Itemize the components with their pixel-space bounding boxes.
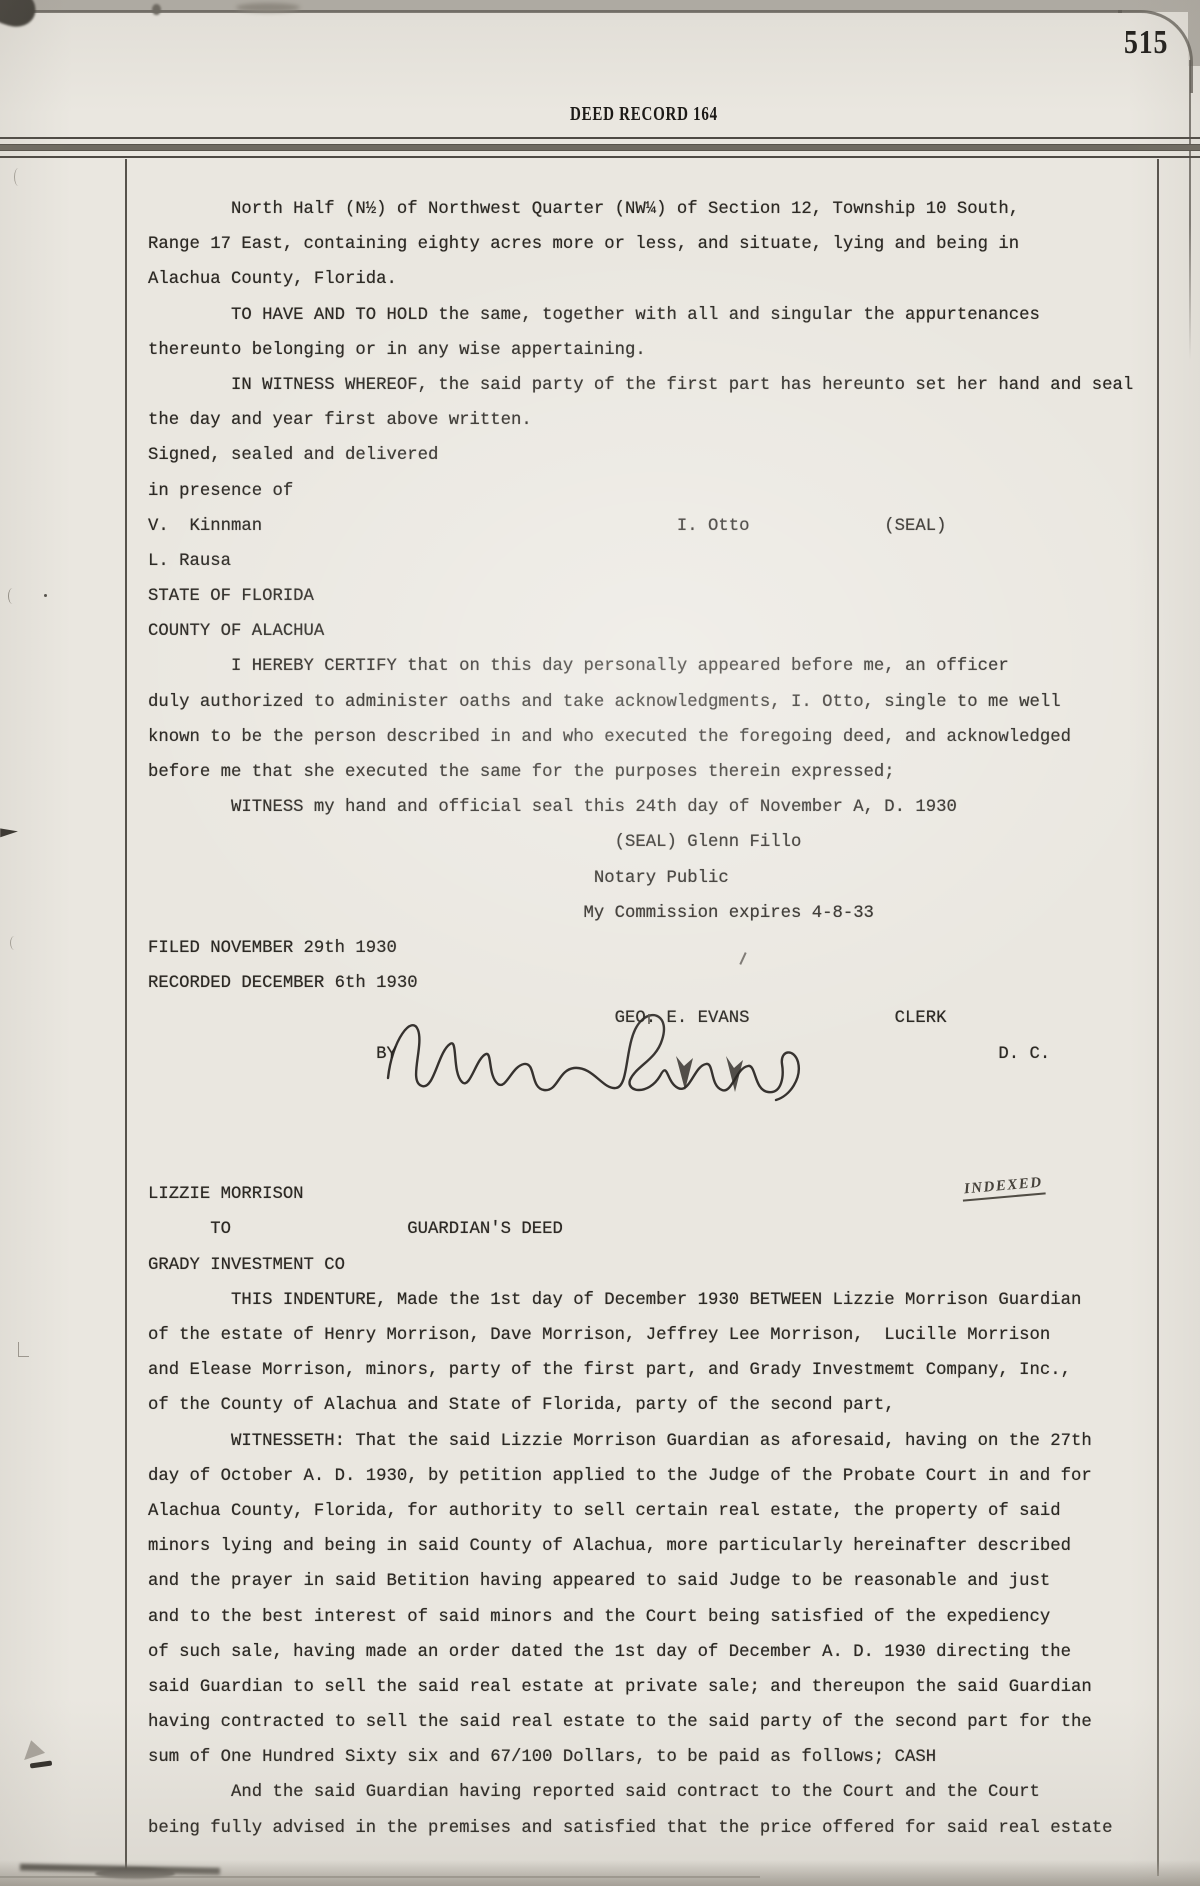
bottom-smudge <box>95 1868 175 1879</box>
deed-text-line: L. Rausa <box>148 544 1188 579</box>
deed-text-line: day of October A. D. 1930, by petition a… <box>148 1459 1188 1494</box>
deed-text-line: V. Kinnman I. Otto (SEAL) <box>148 509 1188 544</box>
deed-text-line: WITNESS my hand and official seal this 2… <box>148 790 1188 825</box>
deed-text-line: THIS INDENTURE, Made the 1st day of Dece… <box>148 1283 1188 1318</box>
deed-text-line: FILED NOVEMBER 29th 1930 <box>148 931 1188 966</box>
deed-text-line: having contracted to sell the said real … <box>148 1705 1188 1740</box>
deed-text-line: (SEAL) Glenn Fillo <box>148 825 1188 860</box>
deed-text-line: said Guardian to sell the said real esta… <box>148 1670 1188 1705</box>
deed-text-line: COUNTY OF ALACHUA <box>148 614 1188 649</box>
deed-text-line: before me that she executed the same for… <box>148 755 1188 790</box>
deed-text-line: STATE OF FLORIDA <box>148 579 1188 614</box>
deed-text-line: the day and year first above written. <box>148 403 1188 438</box>
book-title: DEED RECORD 164 <box>570 103 718 126</box>
header-rule-top <box>0 137 1200 139</box>
deed-text-line: of the estate of Henry Morrison, Dave Mo… <box>148 1318 1188 1353</box>
deed-text-line: And the said Guardian having reported sa… <box>148 1775 1188 1810</box>
deed-text-line: TO HAVE AND TO HOLD the same, together w… <box>148 298 1188 333</box>
deed-text-line <box>148 1142 1188 1177</box>
deed-text-line: in presence of <box>148 474 1188 509</box>
deed-text-line: IN WITNESS WHEREOF, the said party of th… <box>148 368 1188 403</box>
deed-text-line: TO GUARDIAN'S DEED <box>148 1212 1188 1247</box>
deed-text-line: Notary Public <box>148 861 1188 896</box>
deed-text-line: of the County of Alachua and State of Fl… <box>148 1388 1188 1423</box>
page-top-edge <box>30 10 1122 13</box>
deed-text-line: Signed, sealed and delivered <box>148 438 1188 473</box>
deed-text-line: duly authorized to administer oaths and … <box>148 685 1188 720</box>
margin-tick-mark <box>44 594 47 597</box>
deed-text-line: Alachua County, Florida. <box>148 262 1188 297</box>
deed-text-line: being fully advised in the premises and … <box>148 1811 1188 1846</box>
margin-corner-mark <box>18 1342 29 1357</box>
deed-text-line: minors lying and being in said County of… <box>148 1529 1188 1564</box>
page-right-edge <box>1189 60 1191 360</box>
header-rule-bottom <box>0 156 1200 158</box>
margin-arrow-mark <box>0 826 18 838</box>
deed-text-line: GRADY INVESTMENT CO <box>148 1248 1188 1283</box>
deed-text-line: North Half (N½) of Northwest Quarter (NW… <box>148 192 1188 227</box>
deed-text-line: and Elease Morrison, minors, party of th… <box>148 1353 1188 1388</box>
page-number: 515 <box>1124 24 1168 62</box>
deed-text-line: RECORDED DECEMBER 6th 1930 <box>148 966 1188 1001</box>
deed-text-line: sum of One Hundred Sixty six and 67/100 … <box>148 1740 1188 1775</box>
header-rule-band <box>0 144 1200 151</box>
pencil-mark <box>20 1738 45 1760</box>
left-margin-rule <box>125 159 127 1876</box>
deed-text-line <box>148 1107 1188 1142</box>
stray-tick-mark <box>648 1014 650 1024</box>
corner-smudge <box>0 0 41 32</box>
clerk-signature-icon <box>378 1000 818 1110</box>
deed-text-line: of such sale, having made an order dated… <box>148 1635 1188 1670</box>
pencil-mark <box>30 1760 52 1768</box>
deed-text-line: My Commission expires 4-8-33 <box>148 896 1188 931</box>
deed-text-line: and to the best interest of said minors … <box>148 1600 1188 1635</box>
deed-text-line: known to be the person described in and … <box>148 720 1188 755</box>
margin-paren-mark <box>10 936 19 950</box>
deed-text-line: Alachua County, Florida, for authority t… <box>148 1494 1188 1529</box>
margin-paren-mark <box>8 588 17 604</box>
deed-text-line: I HEREBY CERTIFY that on this day person… <box>148 649 1188 684</box>
deed-record-page: 515 DEED RECORD 164 North Half (N½) of N… <box>0 0 1200 1886</box>
top-smudge <box>236 3 300 12</box>
top-ink-dot <box>152 4 161 15</box>
deed-text-line: and the prayer in said Betition having a… <box>148 1564 1188 1599</box>
deed-text-line: Range 17 East, containing eighty acres m… <box>148 227 1188 262</box>
deed-text-line: WITNESSETH: That the said Lizzie Morriso… <box>148 1424 1188 1459</box>
margin-paren-mark <box>14 168 23 186</box>
deed-text-line: thereunto belonging or in any wise apper… <box>148 333 1188 368</box>
